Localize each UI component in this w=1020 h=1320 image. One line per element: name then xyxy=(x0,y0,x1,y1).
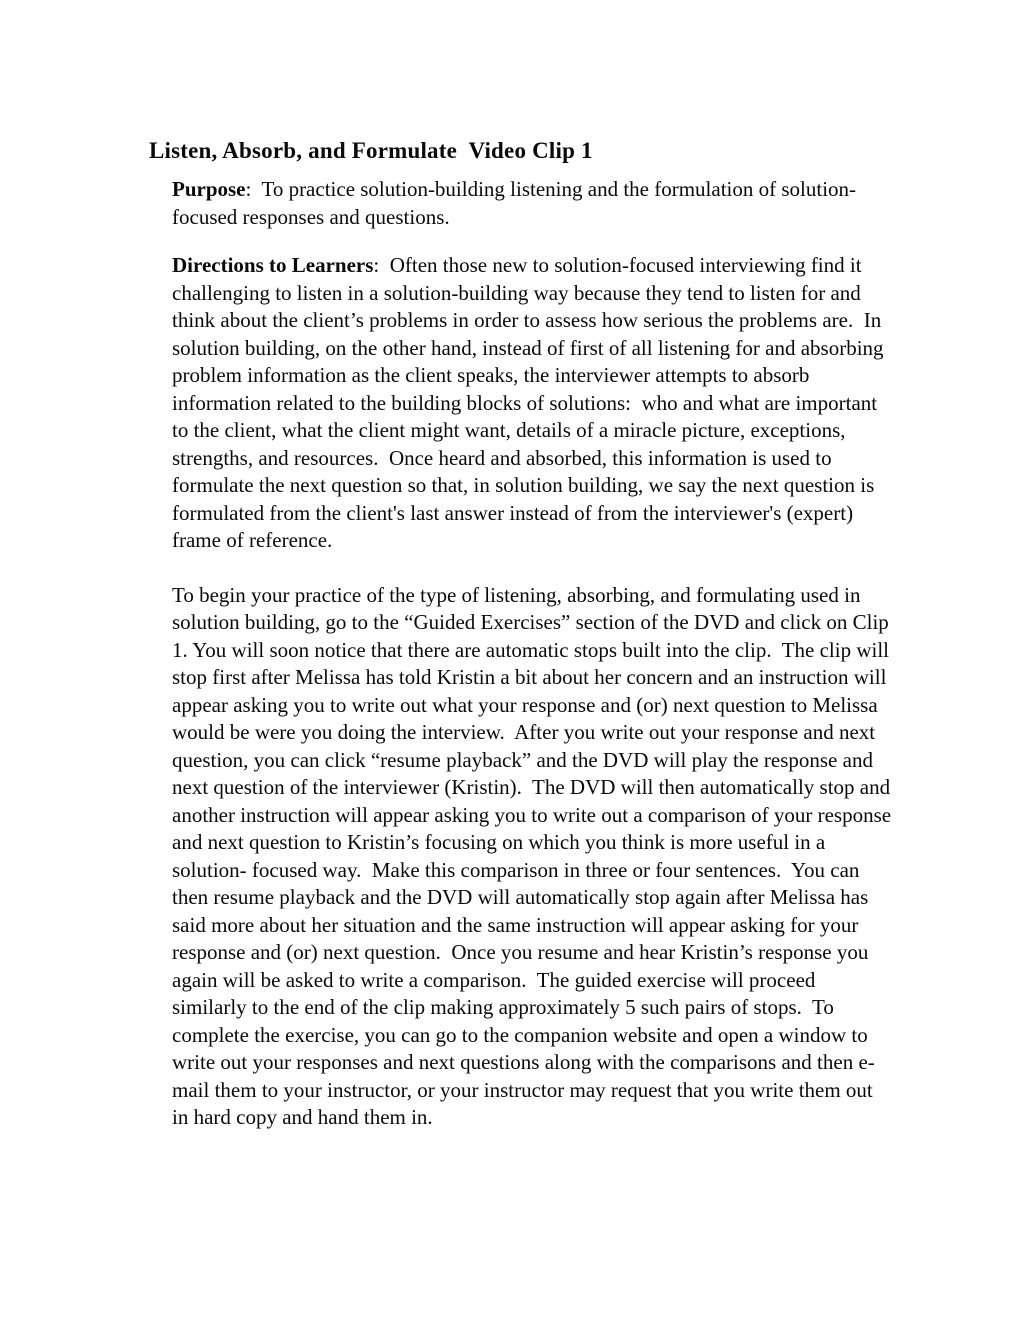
directions-paragraph: Directions to Learners: Often those new … xyxy=(172,252,894,555)
directions-label: Directions to Learners xyxy=(172,253,373,277)
purpose-text: : To practice solution-building listenin… xyxy=(172,177,856,229)
purpose-paragraph: Purpose: To practice solution-building l… xyxy=(172,176,894,231)
purpose-label: Purpose xyxy=(172,177,246,201)
directions-text: : Often those new to solution-focused in… xyxy=(172,253,889,552)
practice-text: To begin your practice of the type of li… xyxy=(172,583,896,1130)
page-title: Listen, Absorb, and Formulate Video Clip… xyxy=(149,136,920,166)
document-page: Listen, Absorb, and Formulate Video Clip… xyxy=(0,0,1020,1320)
practice-paragraph: To begin your practice of the type of li… xyxy=(172,582,894,1132)
